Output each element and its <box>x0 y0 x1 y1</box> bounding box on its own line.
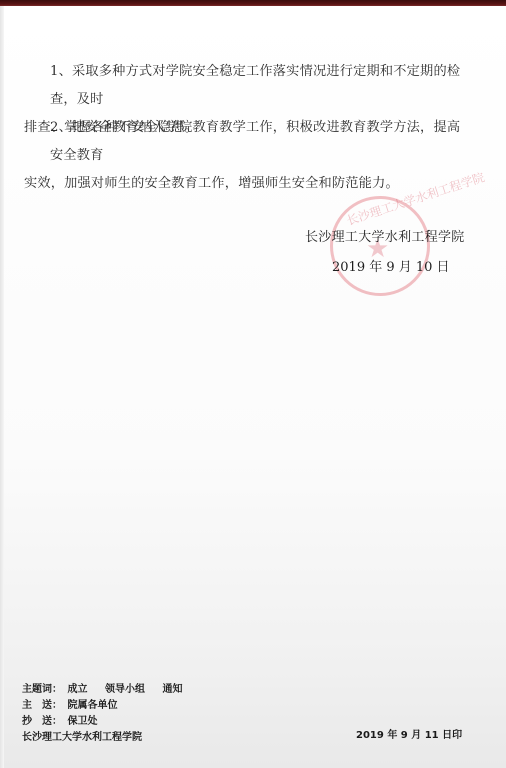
keywords-label: 主题词： <box>22 682 64 698</box>
paragraph-1-line-1: 1、采取多种方式对学院安全稳定工作落实情况进行定期和不定期的检查，及时 <box>24 58 464 114</box>
keywords-row: 主题词： 成立 领导小组 通知 <box>22 682 482 698</box>
signature-organization: 长沙理工大学水利工程学院 <box>305 226 465 245</box>
print-date: 2019 年 9 月 11 日印 <box>356 726 462 741</box>
signature-date: 2019 年 9 月 10 日 <box>332 256 450 275</box>
cc-label: 抄 送： <box>22 714 64 730</box>
main-recipient-row: 主 送： 院属各单位 <box>22 698 482 714</box>
page-left-shadow <box>0 6 4 768</box>
keyword: 通知 <box>162 682 182 698</box>
keyword: 领导小组 <box>105 682 145 698</box>
main-recipient-value: 院属各单位 <box>67 698 117 714</box>
main-recipient-label: 主 送： <box>22 698 64 714</box>
keyword: 成立 <box>67 682 87 698</box>
cc-value: 保卫处 <box>67 714 97 730</box>
paragraph-2-line-2: 实效，加强对师生的安全教育工作，增强师生安全和防范能力。 <box>24 170 464 198</box>
paragraph-2-line-1: 2、把安全教育纳入学院教育教学工作，积极改进教育教学方法，提高安全教育 <box>24 114 464 170</box>
issuer-name: 长沙理工大学水利工程学院 <box>22 732 142 743</box>
paragraph-2: 2、把安全教育纳入学院教育教学工作，积极改进教育教学方法，提高安全教育 实效，加… <box>24 114 464 198</box>
